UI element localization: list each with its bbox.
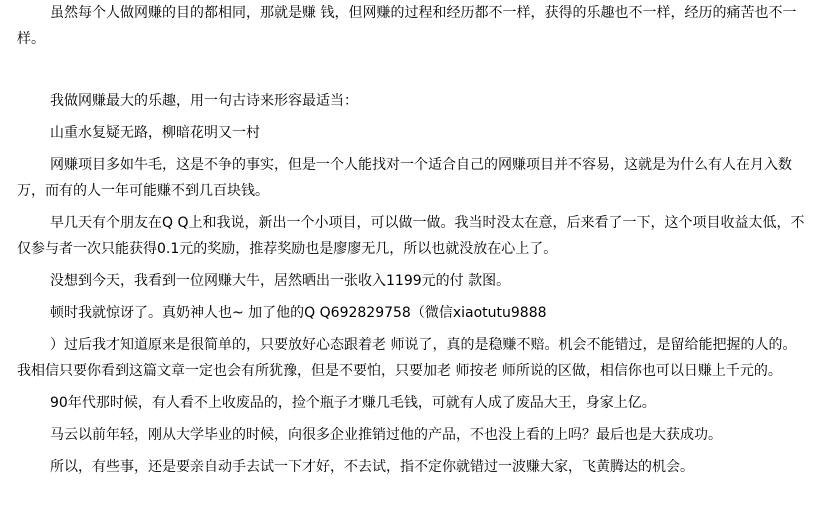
paragraph-contact: 顿时我就惊讶了。真奶神人也~ 加了他的Q Q692829758（微信xiaotu…: [17, 300, 807, 326]
spacer: [17, 52, 807, 88]
paragraph-fun: 我做网赚最大的乐趣，用一句古诗来形容最适当：: [17, 88, 807, 114]
paragraph-90s: 90年代那时候，有人看不上收废品的，捡个瓶子才赚几毛钱，可就有人成了废品大王，身…: [17, 390, 807, 416]
paragraph-intro: 虽然每个人做网赚的目的都相同，那就是赚 钱，但网赚的过程和经历都不一样，获得的乐…: [17, 0, 807, 52]
paragraph-after: ）过后我才知道原来是很简单的，只要放好心态跟着老 师说了，真的是稳赚不赔。机会不…: [17, 332, 807, 384]
paragraph-poem: 山重水复疑无路，柳暗花明又一村: [17, 120, 807, 146]
article-body: 虽然每个人做网赚的目的都相同，那就是赚 钱，但网赚的过程和经历都不一样，获得的乐…: [17, 0, 807, 480]
paragraph-projects: 网赚项目多如牛毛，这是不争的事实，但是一个人能找对一个适合自己的网赚项目并不容易…: [17, 152, 807, 204]
paragraph-friend: 早几天有个朋友在Q Q上和我说，新出一个小项目，可以做一做。我当时没太在意，后来…: [17, 210, 807, 262]
paragraph-conclusion: 所以，有些事，还是要亲自动手去试一下才好，不去试，指不定你就错过一波赚大家，飞黄…: [17, 454, 807, 480]
paragraph-mayun: 马云以前年轻，刚从大学毕业的时候，向很多企业推销过他的产品，不也没上看的上吗？最…: [17, 422, 807, 448]
paragraph-today: 没想到今天，我看到一位网赚大牛，居然晒出一张收入1199元的付 款图。: [17, 268, 807, 294]
